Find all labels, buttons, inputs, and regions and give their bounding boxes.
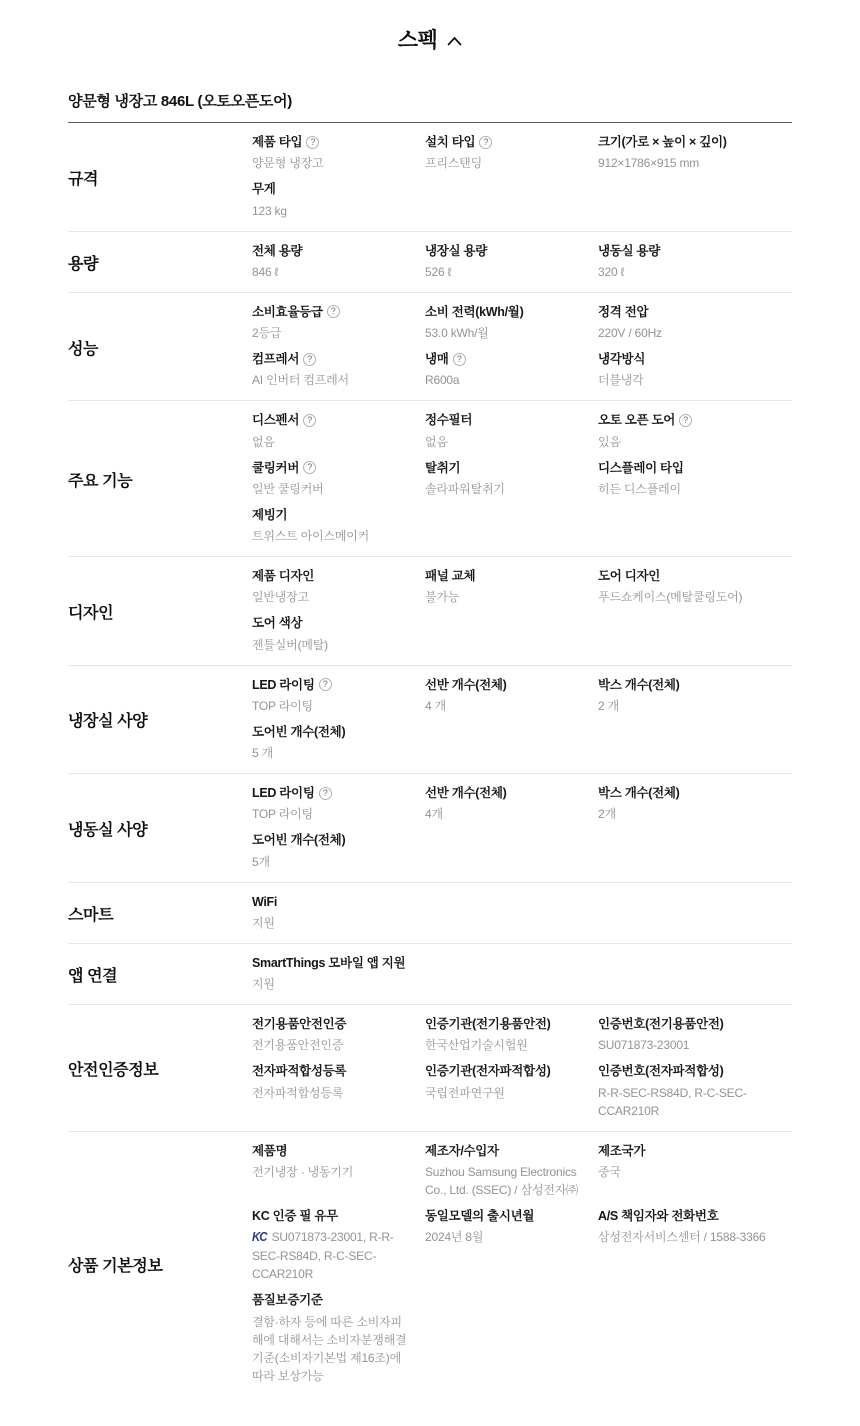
field-label-text: 인증기관(전자파적합성) [425,1063,550,1079]
field-value: 히든 디스플레이 [598,480,778,498]
info-tooltip-icon[interactable]: ? [479,136,492,149]
section-fields: WiFi지원 [252,894,792,941]
field-value-text: 912×1786×915 mm [598,156,699,170]
field-label-text: 소비 전력(kWh/월) [425,304,523,320]
field-label-text: 제품 타입 [252,134,302,150]
field-label-text: 디스플레이 타입 [598,460,684,476]
spec-field: 오토 오픈 도어?있음 [598,412,792,450]
info-tooltip-icon[interactable]: ? [319,787,332,800]
spec-field: 냉동실 용량320 ℓ [598,243,792,281]
field-row: KC 인증 필 유무KCSU071873-23001, R-R-SEC-RS84… [252,1208,792,1293]
field-value-text: 전자파적합성등록 [252,1086,343,1100]
spec-field: 품질보증기준결함·하자 등에 따른 소비자피해에 대해서는 소비자분쟁해결기준(… [252,1292,425,1384]
field-value: TOP 라이팅 [252,805,411,823]
field-label-text: LED 라이팅 [252,677,315,693]
field-label-text: 선반 개수(전체) [425,785,507,801]
field-label: 크기(가로 × 높이 × 깊이) [598,134,778,150]
field-value: 5개 [252,853,411,871]
field-value-text: 히든 디스플레이 [598,482,681,496]
field-label: 패널 교체 [425,568,584,584]
spec-section-row: 스마트WiFi지원 [68,883,792,944]
kc-certification-mark-icon: KC [252,1229,267,1248]
field-label: 소비효율등급? [252,304,411,320]
field-value: 없음 [425,433,584,451]
field-row: 무게123 kg [252,181,792,228]
field-value: 중국 [598,1163,778,1181]
field-value: R-R-SEC-RS84D, R-C-SEC-CCAR210R [598,1084,778,1120]
field-label: 디스플레이 타입 [598,460,778,476]
section-title: 냉장실 사양 [68,708,252,739]
field-value-text: 2등급 [252,326,281,340]
spec-section-row: 앱 연결SmartThings 모바일 앱 지원지원 [68,944,792,1005]
spec-field: WiFi지원 [252,894,425,932]
field-label: 냉동실 용량 [598,243,778,259]
field-label-text: 제조국가 [598,1143,645,1159]
product-spec-page: 스펙 양문형 냉장고 846L (오토오픈도어) 규격제품 타입?양문형 냉장고… [0,0,860,1426]
field-value-text: SU071873-23001 [598,1038,689,1052]
spec-field: 도어 디자인푸드쇼케이스(메탈쿨링도어) [598,568,792,606]
info-tooltip-icon[interactable]: ? [303,353,316,366]
field-label-text: 쿨링커버 [252,460,299,476]
spec-field: 제조자/수입자Suzhou Samsung Electronics Co., L… [425,1143,598,1199]
field-label: KC 인증 필 유무 [252,1208,411,1224]
field-value-text: 220V / 60Hz [598,326,662,340]
info-tooltip-icon[interactable]: ? [319,678,332,691]
info-tooltip-icon[interactable]: ? [303,414,316,427]
field-label-text: 탈취기 [425,460,460,476]
spec-section-row: 디자인제품 디자인일반냉장고패널 교체불가능도어 디자인푸드쇼케이스(메탈쿨링도… [68,557,792,666]
spec-field: 냉매?R600a [425,351,598,389]
field-value-text: 한국산업기술시험원 [425,1038,528,1052]
field-row: 전자파적합성등록전자파적합성등록인증기관(전자파적합성)국립전파연구원인증번호(… [252,1063,792,1128]
field-value: 지원 [252,975,411,993]
field-value-text: 삼성전자서비스센터 / 1588-3366 [598,1230,766,1244]
field-value-text: 불가능 [425,590,459,604]
field-label-text: A/S 책임자와 전화번호 [598,1208,718,1224]
field-label-text: 냉매 [425,351,449,367]
field-value-text: AI 인버터 컴프레서 [252,373,349,387]
field-label-text: 냉동실 용량 [598,243,660,259]
section-fields: 제품 디자인일반냉장고패널 교체불가능도어 디자인푸드쇼케이스(메탈쿨링도어)도… [252,568,792,663]
field-value-text: 더블냉각 [598,373,644,387]
field-value-text: 5개 [252,855,270,869]
field-label-text: 패널 교체 [425,568,475,584]
field-value-text: 2 개 [598,699,619,713]
field-value-text: 양문형 냉장고 [252,156,324,170]
spec-accordion-header[interactable]: 스펙 [0,0,860,60]
field-value: R600a [425,371,584,389]
spec-field: SmartThings 모바일 앱 지원지원 [252,955,425,993]
field-row: LED 라이팅?TOP 라이팅선반 개수(전체)4개박스 개수(전체)2개 [252,785,792,832]
field-label-text: KC 인증 필 유무 [252,1208,338,1224]
field-label: 디스펜서? [252,412,411,428]
section-title: 용량 [68,251,252,282]
spec-field: A/S 책임자와 전화번호삼성전자서비스센터 / 1588-3366 [598,1208,792,1284]
field-label: 제조자/수입자 [425,1143,584,1159]
field-label-text: 냉장실 용량 [425,243,487,259]
field-label: 도어빈 개수(전체) [252,724,411,740]
field-label-text: 무게 [252,181,276,197]
field-row: 전체 용량846 ℓ냉장실 용량526 ℓ냉동실 용량320 ℓ [252,243,792,290]
spec-section-row: 안전인증정보전기용품안전인증전기용품안전인증인증기관(전기용품안전)한국산업기술… [68,1005,792,1132]
field-label-text: 인증번호(전기용품안전) [598,1016,723,1032]
spec-field: 냉장실 용량526 ℓ [425,243,598,281]
chevron-up-icon [447,33,462,46]
spec-field: 정수필터없음 [425,412,598,450]
field-label: 품질보증기준 [252,1292,411,1308]
spec-field: 소비효율등급?2등급 [252,304,425,342]
field-label-text: 냉각방식 [598,351,645,367]
field-label: 제품명 [252,1143,411,1159]
field-value-text: 지원 [252,916,275,930]
field-row: 제품명전기냉장 · 냉동기기제조자/수입자Suzhou Samsung Elec… [252,1143,792,1208]
field-value: 220V / 60Hz [598,324,778,342]
field-value: 일반냉장고 [252,588,411,606]
field-row: 쿨링커버?일반 쿨링커버탈취기솔라파워탈취기디스플레이 타입히든 디스플레이 [252,460,792,507]
field-value-text: 전기냉장 · 냉동기기 [252,1165,353,1179]
section-title: 냉동실 사양 [68,817,252,848]
field-value-text: 결함·하자 등에 따른 소비자피해에 대해서는 소비자분쟁해결기준(소비자기본법… [252,1315,406,1383]
field-value: 846 ℓ [252,263,411,281]
info-tooltip-icon[interactable]: ? [303,461,316,474]
field-value-text: R600a [425,373,459,387]
field-label: 제조국가 [598,1143,778,1159]
section-title: 규격 [68,166,252,197]
field-label-text: 선반 개수(전체) [425,677,507,693]
field-label: 전체 용량 [252,243,411,259]
field-label-text: 오토 오픈 도어 [598,412,675,428]
field-value: AI 인버터 컴프레서 [252,371,411,389]
field-label-text: 도어 디자인 [598,568,660,584]
field-value-text: 2024년 8월 [425,1230,483,1244]
field-value: 320 ℓ [598,263,778,281]
field-label: SmartThings 모바일 앱 지원 [252,955,411,971]
field-label-text: 제빙기 [252,507,287,523]
field-label-text: 품질보증기준 [252,1292,323,1308]
field-value: 솔라파워탈취기 [425,480,584,498]
field-value-text: 일반 쿨링커버 [252,482,324,496]
field-value: 푸드쇼케이스(메탈쿨링도어) [598,588,778,606]
section-title: 앱 연결 [68,963,252,994]
field-label: 제품 타입? [252,134,411,150]
spec-field: 제품 타입?양문형 냉장고 [252,134,425,172]
field-row: SmartThings 모바일 앱 지원지원 [252,955,792,1002]
field-value: 4 개 [425,697,584,715]
field-value: 전기냉장 · 냉동기기 [252,1163,411,1181]
section-fields: 전기용품안전인증전기용품안전인증인증기관(전기용품안전)한국산업기술시험원인증번… [252,1016,792,1129]
field-value: 53.0 kWh/월 [425,324,584,342]
field-value: 지원 [252,914,411,932]
field-label: 전기용품안전인증 [252,1016,411,1032]
spec-field: 제품 디자인일반냉장고 [252,568,425,606]
spec-field: 소비 전력(kWh/월)53.0 kWh/월 [425,304,598,342]
spec-field: 인증번호(전기용품안전)SU071873-23001 [598,1016,792,1054]
spec-field: 동일모델의 출시년월2024년 8월 [425,1208,598,1284]
field-value-text: 4개 [425,807,443,821]
spec-field: 선반 개수(전체)4 개 [425,677,598,715]
section-fields: 제품 타입?양문형 냉장고설치 타입?프리스탠딩크기(가로 × 높이 × 깊이)… [252,134,792,229]
spec-field: 정격 전압220V / 60Hz [598,304,792,342]
field-value-text: 있음 [598,435,621,449]
field-value: Suzhou Samsung Electronics Co., Ltd. (SS… [425,1163,584,1199]
field-value: 526 ℓ [425,263,584,281]
spec-field: 제품명전기냉장 · 냉동기기 [252,1143,425,1199]
field-row: 소비효율등급?2등급소비 전력(kWh/월)53.0 kWh/월정격 전압220… [252,304,792,351]
field-label: 박스 개수(전체) [598,785,778,801]
field-value: 912×1786×915 mm [598,154,778,172]
field-label-text: 크기(가로 × 높이 × 깊이) [598,134,727,150]
info-tooltip-icon[interactable]: ? [453,353,466,366]
field-label-text: 도어빈 개수(전체) [252,832,345,848]
field-value: 불가능 [425,588,584,606]
spec-field: 크기(가로 × 높이 × 깊이)912×1786×915 mm [598,134,792,172]
field-label: WiFi [252,894,411,910]
field-value-text: R-R-SEC-RS84D, R-C-SEC-CCAR210R [598,1086,747,1118]
field-label: 제빙기 [252,507,411,523]
spec-field: 인증번호(전자파적합성)R-R-SEC-RS84D, R-C-SEC-CCAR2… [598,1063,792,1119]
field-row: 도어빈 개수(전체)5개 [252,832,792,879]
spec-field: 컴프레서?AI 인버터 컴프레서 [252,351,425,389]
field-value-text: 푸드쇼케이스(메탈쿨링도어) [598,590,742,604]
field-label: 인증기관(전기용품안전) [425,1016,584,1032]
field-row: 컴프레서?AI 인버터 컴프레서냉매?R600a냉각방식더블냉각 [252,351,792,398]
field-value-text: 2개 [598,807,616,821]
spec-field: 전자파적합성등록전자파적합성등록 [252,1063,425,1119]
field-label-text: SmartThings 모바일 앱 지원 [252,955,405,971]
info-tooltip-icon[interactable]: ? [306,136,319,149]
section-fields: 디스펜서?없음정수필터없음오토 오픈 도어?있음쿨링커버?일반 쿨링커버탈취기솔… [252,412,792,554]
field-label-text: 제조자/수입자 [425,1143,499,1159]
field-label: LED 라이팅? [252,677,411,693]
field-label: 박스 개수(전체) [598,677,778,693]
field-value-text: 국립전파연구원 [425,1086,505,1100]
field-label: 냉각방식 [598,351,778,367]
section-title: 성능 [68,336,252,367]
field-value-text: 중국 [598,1165,621,1179]
field-label: 소비 전력(kWh/월) [425,304,584,320]
field-label-text: 전자파적합성등록 [252,1063,346,1079]
spec-field: LED 라이팅?TOP 라이팅 [252,785,425,823]
field-row: 전기용품안전인증전기용품안전인증인증기관(전기용품안전)한국산업기술시험원인증번… [252,1016,792,1063]
field-value-text: 320 ℓ [598,265,624,279]
field-value: 전자파적합성등록 [252,1084,411,1102]
spec-field: 인증기관(전자파적합성)국립전파연구원 [425,1063,598,1119]
spec-field: 냉각방식더블냉각 [598,351,792,389]
spec-content: 양문형 냉장고 846L (오토오픈도어) 규격제품 타입?양문형 냉장고설치 … [0,90,860,1426]
field-value-text: 846 ℓ [252,265,278,279]
field-label-text: 인증번호(전자파적합성) [598,1063,723,1079]
field-label: 냉매? [425,351,584,367]
spec-field: 쿨링커버?일반 쿨링커버 [252,460,425,498]
info-tooltip-icon[interactable]: ? [327,305,340,318]
field-label: 도어 디자인 [598,568,778,584]
field-value-text: 53.0 kWh/월 [425,326,489,340]
spec-field: 도어 색상젠틀실버(메탈) [252,615,425,653]
field-label-text: WiFi [252,894,277,910]
field-label-text: 동일모델의 출시년월 [425,1208,534,1224]
field-label-text: LED 라이팅 [252,785,315,801]
section-fields: LED 라이팅?TOP 라이팅선반 개수(전체)4 개박스 개수(전체)2 개도… [252,677,792,772]
field-label-text: 제품명 [252,1143,287,1159]
field-value-text: TOP 라이팅 [252,699,313,713]
field-label: 인증기관(전자파적합성) [425,1063,584,1079]
field-label-text: 박스 개수(전체) [598,677,680,693]
field-value: 젠틀실버(메탈) [252,636,411,654]
field-value: 있음 [598,433,778,451]
field-value-text: SU071873-23001, R-R-SEC-RS84D, R-C-SEC-C… [252,1230,394,1281]
field-value: 삼성전자서비스센터 / 1588-3366 [598,1228,778,1246]
field-label: 전자파적합성등록 [252,1063,411,1079]
spec-field: 인증기관(전기용품안전)한국산업기술시험원 [425,1016,598,1054]
spec-field: 디스플레이 타입히든 디스플레이 [598,460,792,498]
spec-field: 전체 용량846 ℓ [252,243,425,281]
spec-section-row: 성능소비효율등급?2등급소비 전력(kWh/월)53.0 kWh/월정격 전압2… [68,293,792,402]
section-title: 스마트 [68,902,252,933]
field-value: KCSU071873-23001, R-R-SEC-RS84D, R-C-SEC… [252,1228,411,1283]
spec-field: KC 인증 필 유무KCSU071873-23001, R-R-SEC-RS84… [252,1208,425,1284]
field-value: 2024년 8월 [425,1228,584,1246]
spec-field: 무게123 kg [252,181,425,219]
field-label: 선반 개수(전체) [425,677,584,693]
field-label-text: 설치 타입 [425,134,475,150]
field-label: LED 라이팅? [252,785,411,801]
section-fields: 제품명전기냉장 · 냉동기기제조자/수입자Suzhou Samsung Elec… [252,1143,792,1394]
field-row: 제품 디자인일반냉장고패널 교체불가능도어 디자인푸드쇼케이스(메탈쿨링도어) [252,568,792,615]
field-label-text: 박스 개수(전체) [598,785,680,801]
section-title: 주요 기능 [68,468,252,499]
spec-field: 박스 개수(전체)2개 [598,785,792,823]
spec-field: 설치 타입?프리스탠딩 [425,134,598,172]
field-label: 정격 전압 [598,304,778,320]
spec-field: 패널 교체불가능 [425,568,598,606]
field-value: SU071873-23001 [598,1036,778,1054]
section-fields: 소비효율등급?2등급소비 전력(kWh/월)53.0 kWh/월정격 전압220… [252,304,792,399]
field-value: 2개 [598,805,778,823]
field-value-text: 4 개 [425,699,446,713]
field-label-text: 제품 디자인 [252,568,314,584]
info-tooltip-icon[interactable]: ? [679,414,692,427]
field-label-text: 전체 용량 [252,243,302,259]
field-value: 2 개 [598,697,778,715]
spec-field: 제조국가중국 [598,1143,792,1199]
field-label-text: 소비효율등급 [252,304,323,320]
product-title: 양문형 냉장고 846L (오토오픈도어) [68,90,792,123]
field-value-text: 없음 [425,435,448,449]
field-value: 한국산업기술시험원 [425,1036,584,1054]
section-title: 디자인 [68,600,252,631]
field-label: 인증번호(전기용품안전) [598,1016,778,1032]
field-value: 전기용품안전인증 [252,1036,411,1054]
spec-field: 도어빈 개수(전체)5개 [252,832,425,870]
field-label: 설치 타입? [425,134,584,150]
field-value: 일반 쿨링커버 [252,480,411,498]
field-label-text: 정격 전압 [598,304,648,320]
field-value: 결함·하자 등에 따른 소비자피해에 대해서는 소비자분쟁해결기준(소비자기본법… [252,1313,411,1385]
spec-field: 디스펜서?없음 [252,412,425,450]
field-value: 4개 [425,805,584,823]
field-label: A/S 책임자와 전화번호 [598,1208,778,1224]
field-label-text: 전기용품안전인증 [252,1016,346,1032]
spec-table: 규격제품 타입?양문형 냉장고설치 타입?프리스탠딩크기(가로 × 높이 × 깊… [68,123,792,1396]
field-label-text: 정수필터 [425,412,472,428]
field-value: 양문형 냉장고 [252,154,411,172]
field-label: 무게 [252,181,411,197]
field-label-text: 도어빈 개수(전체) [252,724,345,740]
field-label: 동일모델의 출시년월 [425,1208,584,1224]
field-label: 선반 개수(전체) [425,785,584,801]
field-value-text: 없음 [252,435,275,449]
field-value-text: Suzhou Samsung Electronics Co., Ltd. (SS… [425,1165,578,1197]
field-value-text: 프리스탠딩 [425,156,482,170]
field-row: WiFi지원 [252,894,792,941]
field-value-text: 전기용품안전인증 [252,1038,343,1052]
field-row: 품질보증기준결함·하자 등에 따른 소비자피해에 대해서는 소비자분쟁해결기준(… [252,1292,792,1393]
field-label: 도어빈 개수(전체) [252,832,411,848]
field-value-text: 젠틀실버(메탈) [252,638,328,652]
field-label-text: 도어 색상 [252,615,302,631]
section-fields: 전체 용량846 ℓ냉장실 용량526 ℓ냉동실 용량320 ℓ [252,243,792,290]
field-label-text: 컴프레서 [252,351,299,367]
field-value-text: 526 ℓ [425,265,451,279]
field-row: 도어 색상젠틀실버(메탈) [252,615,792,662]
field-row: 디스펜서?없음정수필터없음오토 오픈 도어?있음 [252,412,792,459]
spec-section-row: 주요 기능디스펜서?없음정수필터없음오토 오픈 도어?있음쿨링커버?일반 쿨링커… [68,401,792,557]
section-fields: LED 라이팅?TOP 라이팅선반 개수(전체)4개박스 개수(전체)2개도어빈… [252,785,792,880]
spec-field: 선반 개수(전체)4개 [425,785,598,823]
field-value: 2등급 [252,324,411,342]
field-value: 트위스트 아이스메이커 [252,527,411,545]
section-title: 안전인증정보 [68,1057,252,1088]
field-label: 탈취기 [425,460,584,476]
field-label-text: 디스펜서 [252,412,299,428]
spec-field: LED 라이팅?TOP 라이팅 [252,677,425,715]
spec-field: 탈취기솔라파워탈취기 [425,460,598,498]
field-label: 컴프레서? [252,351,411,367]
spec-section-heading: 스펙 [398,24,438,54]
spec-field: 도어빈 개수(전체)5 개 [252,724,425,762]
field-value-text: 지원 [252,977,275,991]
field-value-text: 솔라파워탈취기 [425,482,505,496]
field-value: 없음 [252,433,411,451]
section-title: 상품 기본정보 [68,1253,252,1284]
field-label: 쿨링커버? [252,460,411,476]
spec-section-row: 냉장실 사양LED 라이팅?TOP 라이팅선반 개수(전체)4 개박스 개수(전… [68,666,792,775]
field-value-text: TOP 라이팅 [252,807,313,821]
field-value: 프리스탠딩 [425,154,584,172]
field-row: 제품 타입?양문형 냉장고설치 타입?프리스탠딩크기(가로 × 높이 × 깊이)… [252,134,792,181]
spec-section-row: 용량전체 용량846 ℓ냉장실 용량526 ℓ냉동실 용량320 ℓ [68,232,792,293]
spec-field: 박스 개수(전체)2 개 [598,677,792,715]
field-row: LED 라이팅?TOP 라이팅선반 개수(전체)4 개박스 개수(전체)2 개 [252,677,792,724]
field-row: 도어빈 개수(전체)5 개 [252,724,792,771]
spec-field: 제빙기트위스트 아이스메이커 [252,507,425,545]
field-value-text: 일반냉장고 [252,590,309,604]
field-value: 국립전파연구원 [425,1084,584,1102]
spec-section-row: 냉동실 사양LED 라이팅?TOP 라이팅선반 개수(전체)4개박스 개수(전체… [68,774,792,883]
field-value: 더블냉각 [598,371,778,389]
spec-section-row: 상품 기본정보제품명전기냉장 · 냉동기기제조자/수입자Suzhou Samsu… [68,1132,792,1396]
field-label: 인증번호(전자파적합성) [598,1063,778,1079]
field-label: 도어 색상 [252,615,411,631]
section-fields: SmartThings 모바일 앱 지원지원 [252,955,792,1002]
spec-field: 전기용품안전인증전기용품안전인증 [252,1016,425,1054]
field-label: 오토 오픈 도어? [598,412,778,428]
field-value: 123 kg [252,202,411,220]
field-label-text: 인증기관(전기용품안전) [425,1016,550,1032]
field-value-text: 트위스트 아이스메이커 [252,529,369,543]
field-label: 냉장실 용량 [425,243,584,259]
spec-section-row: 규격제품 타입?양문형 냉장고설치 타입?프리스탠딩크기(가로 × 높이 × 깊… [68,123,792,232]
